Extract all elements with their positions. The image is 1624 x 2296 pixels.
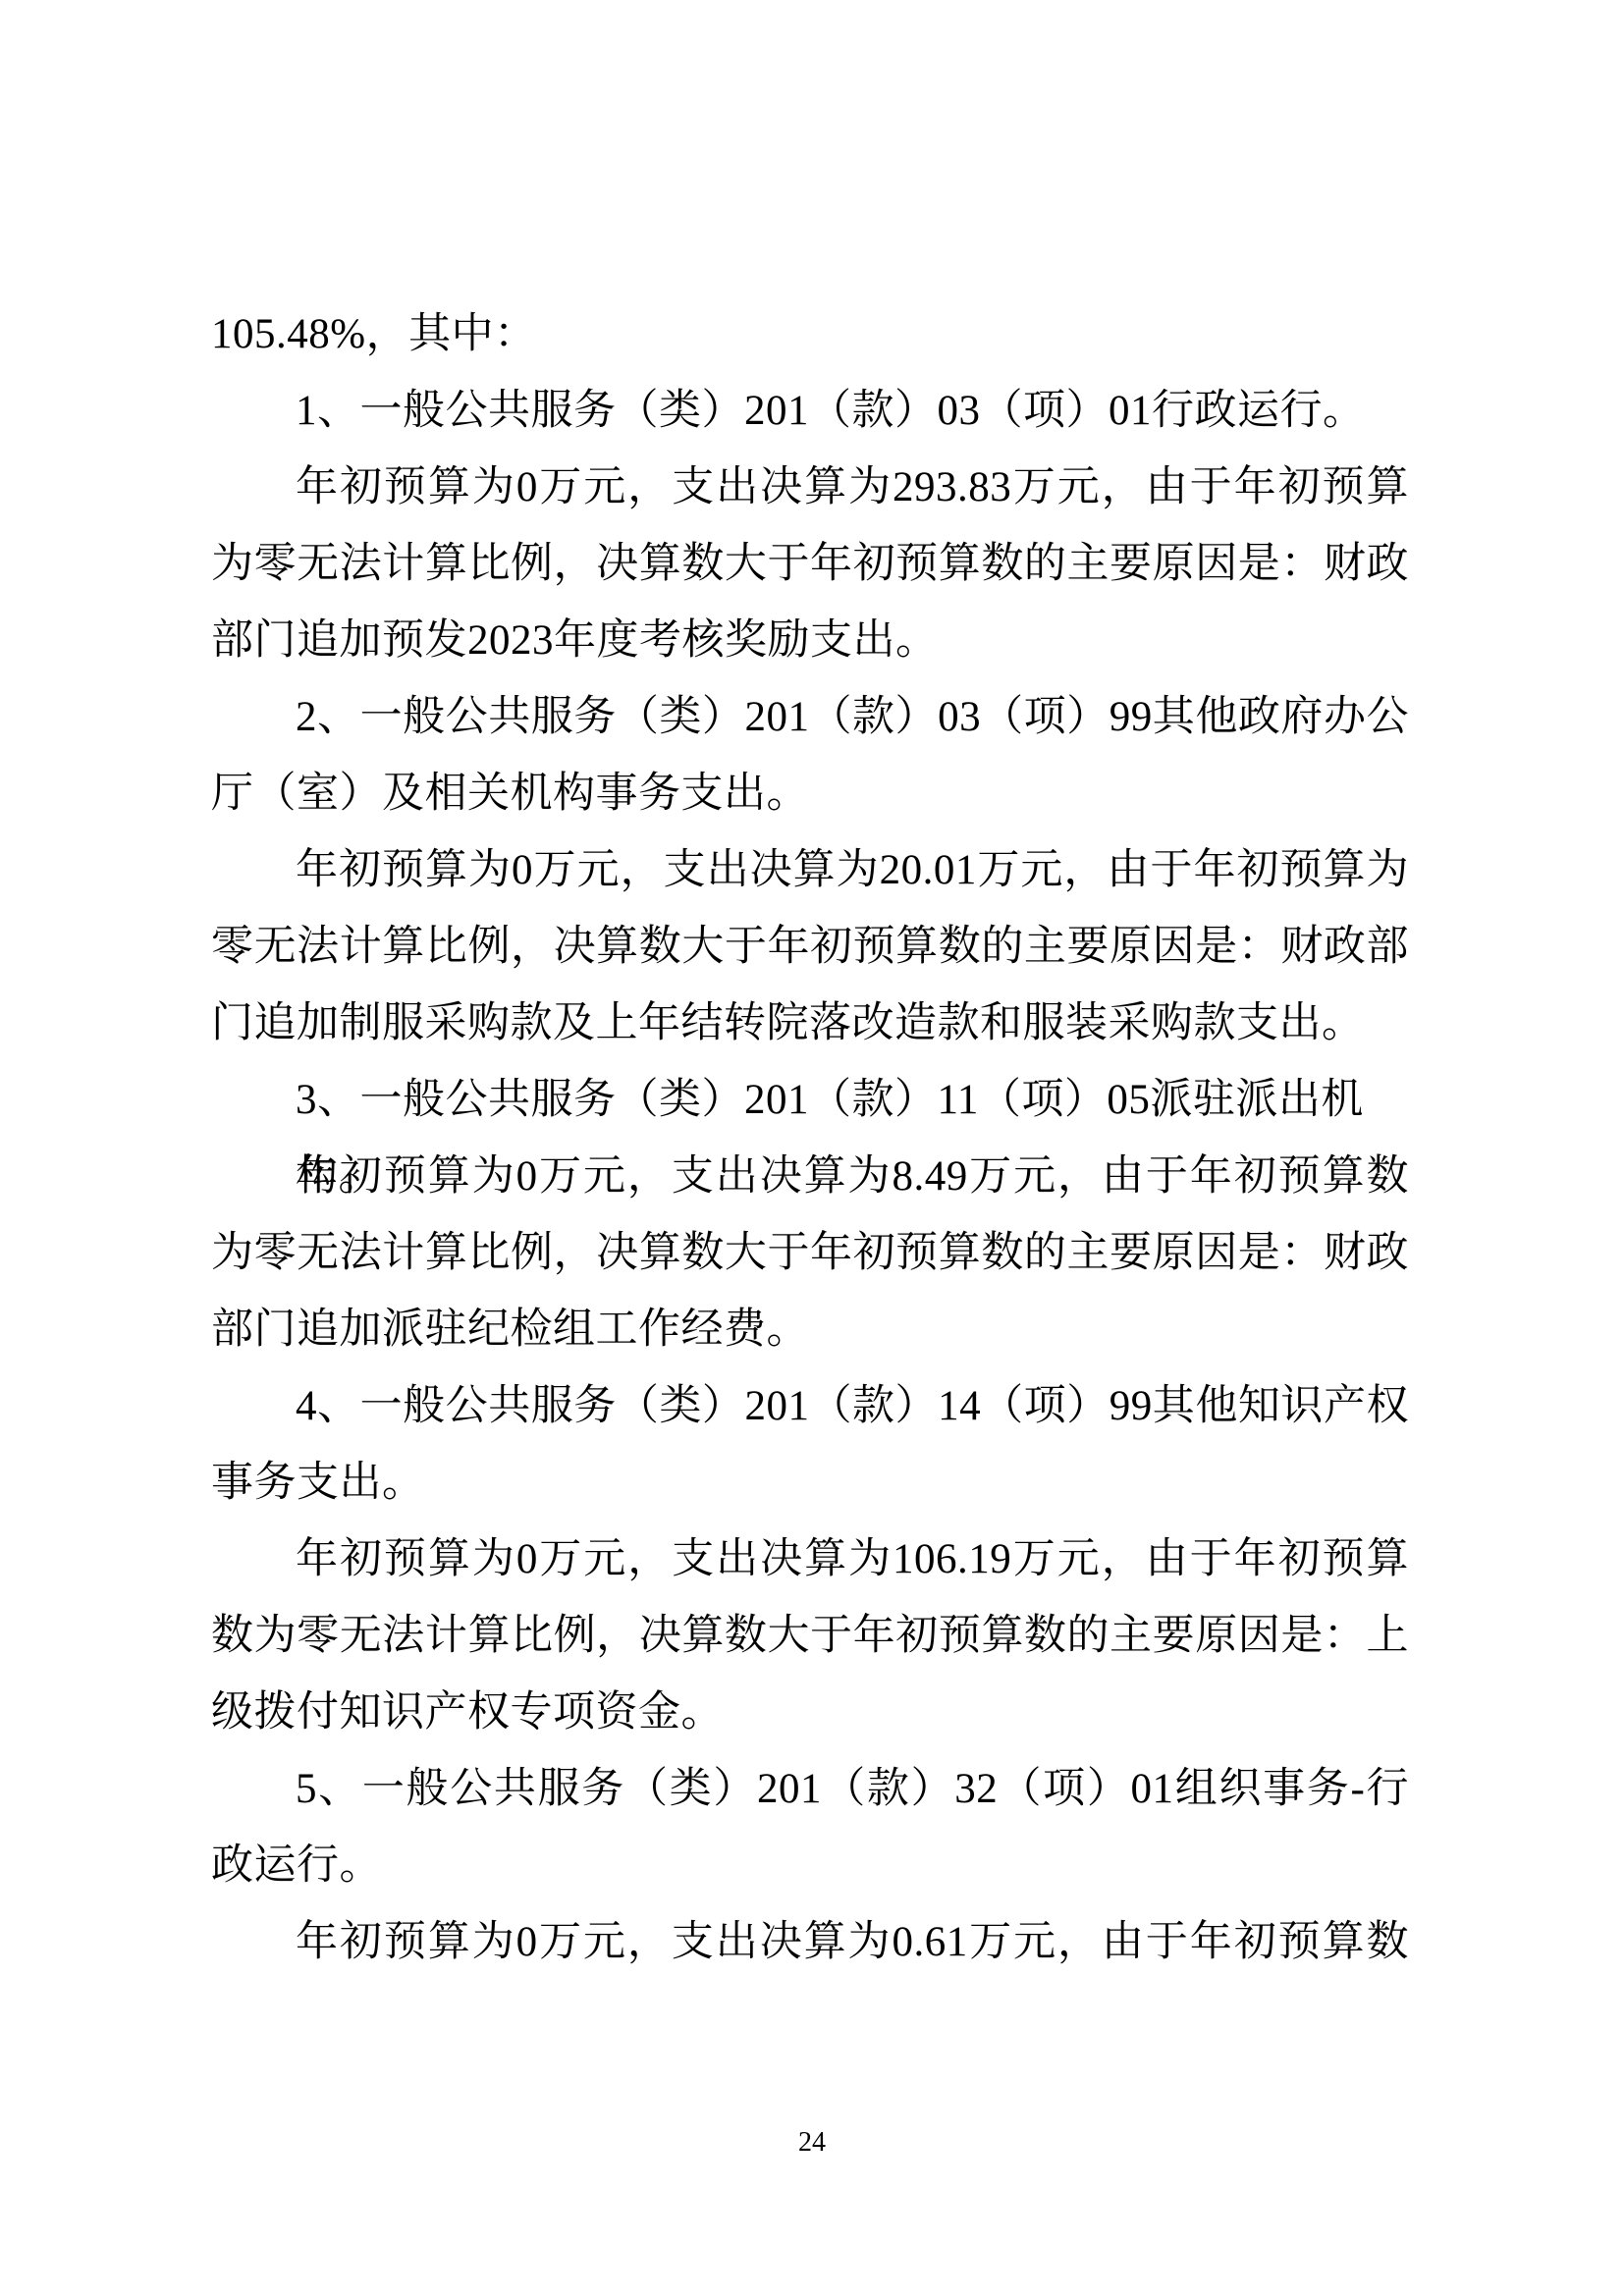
text-line: 数为零无法计算比例，决算数大于年初预算数的主要原因是：上 <box>211 1598 1409 1675</box>
text-line: 1、一般公共服务（类）201（款）03（项）01行政运行。 <box>211 373 1409 450</box>
text-line: 年初预算为0万元，支出决算为106.19万元，由于年初预算 <box>211 1522 1409 1598</box>
text-line: 为零无法计算比例，决算数大于年初预算数的主要原因是：财政 <box>211 526 1409 603</box>
text-line: 3、一般公共服务（类）201（款）11（项）05派驻派出机构。 <box>211 1062 1409 1139</box>
text-line: 年初预算为0万元，支出决算为293.83万元，由于年初预算 <box>211 450 1409 526</box>
text-line: 政运行。 <box>211 1828 1409 1904</box>
text-line: 105.48%，其中： <box>211 296 1409 373</box>
text-line: 5、一般公共服务（类）201（款）32（项）01组织事务-行 <box>211 1751 1409 1828</box>
page-number: 24 <box>0 2128 1624 2158</box>
text-line: 年初预算为0万元，支出决算为8.49万元，由于年初预算数 <box>211 1139 1409 1215</box>
document-page: 105.48%，其中：1、一般公共服务（类）201（款）03（项）01行政运行。… <box>0 0 1624 2296</box>
text-line: 部门追加预发2023年度考核奖励支出。 <box>211 603 1409 679</box>
text-line: 事务支出。 <box>211 1445 1409 1522</box>
text-line: 2、一般公共服务（类）201（款）03（项）99其他政府办公 <box>211 679 1409 756</box>
text-line: 门追加制服采购款及上年结转院落改造款和服装采购款支出。 <box>211 986 1409 1062</box>
text-line: 级拨付知识产权专项资金。 <box>211 1675 1409 1751</box>
text-line: 厅（室）及相关机构事务支出。 <box>211 756 1409 832</box>
text-line: 部门追加派驻纪检组工作经费。 <box>211 1292 1409 1368</box>
text-line: 年初预算为0万元，支出决算为20.01万元，由于年初预算为 <box>211 832 1409 909</box>
text-line: 年初预算为0万元，支出决算为0.61万元，由于年初预算数 <box>211 1904 1409 1981</box>
text-line: 4、一般公共服务（类）201（款）14（项）99其他知识产权 <box>211 1368 1409 1445</box>
text-line: 零无法计算比例，决算数大于年初预算数的主要原因是：财政部 <box>211 909 1409 986</box>
document-body: 105.48%，其中：1、一般公共服务（类）201（款）03（项）01行政运行。… <box>211 296 1409 1981</box>
text-line: 为零无法计算比例，决算数大于年初预算数的主要原因是：财政 <box>211 1215 1409 1292</box>
